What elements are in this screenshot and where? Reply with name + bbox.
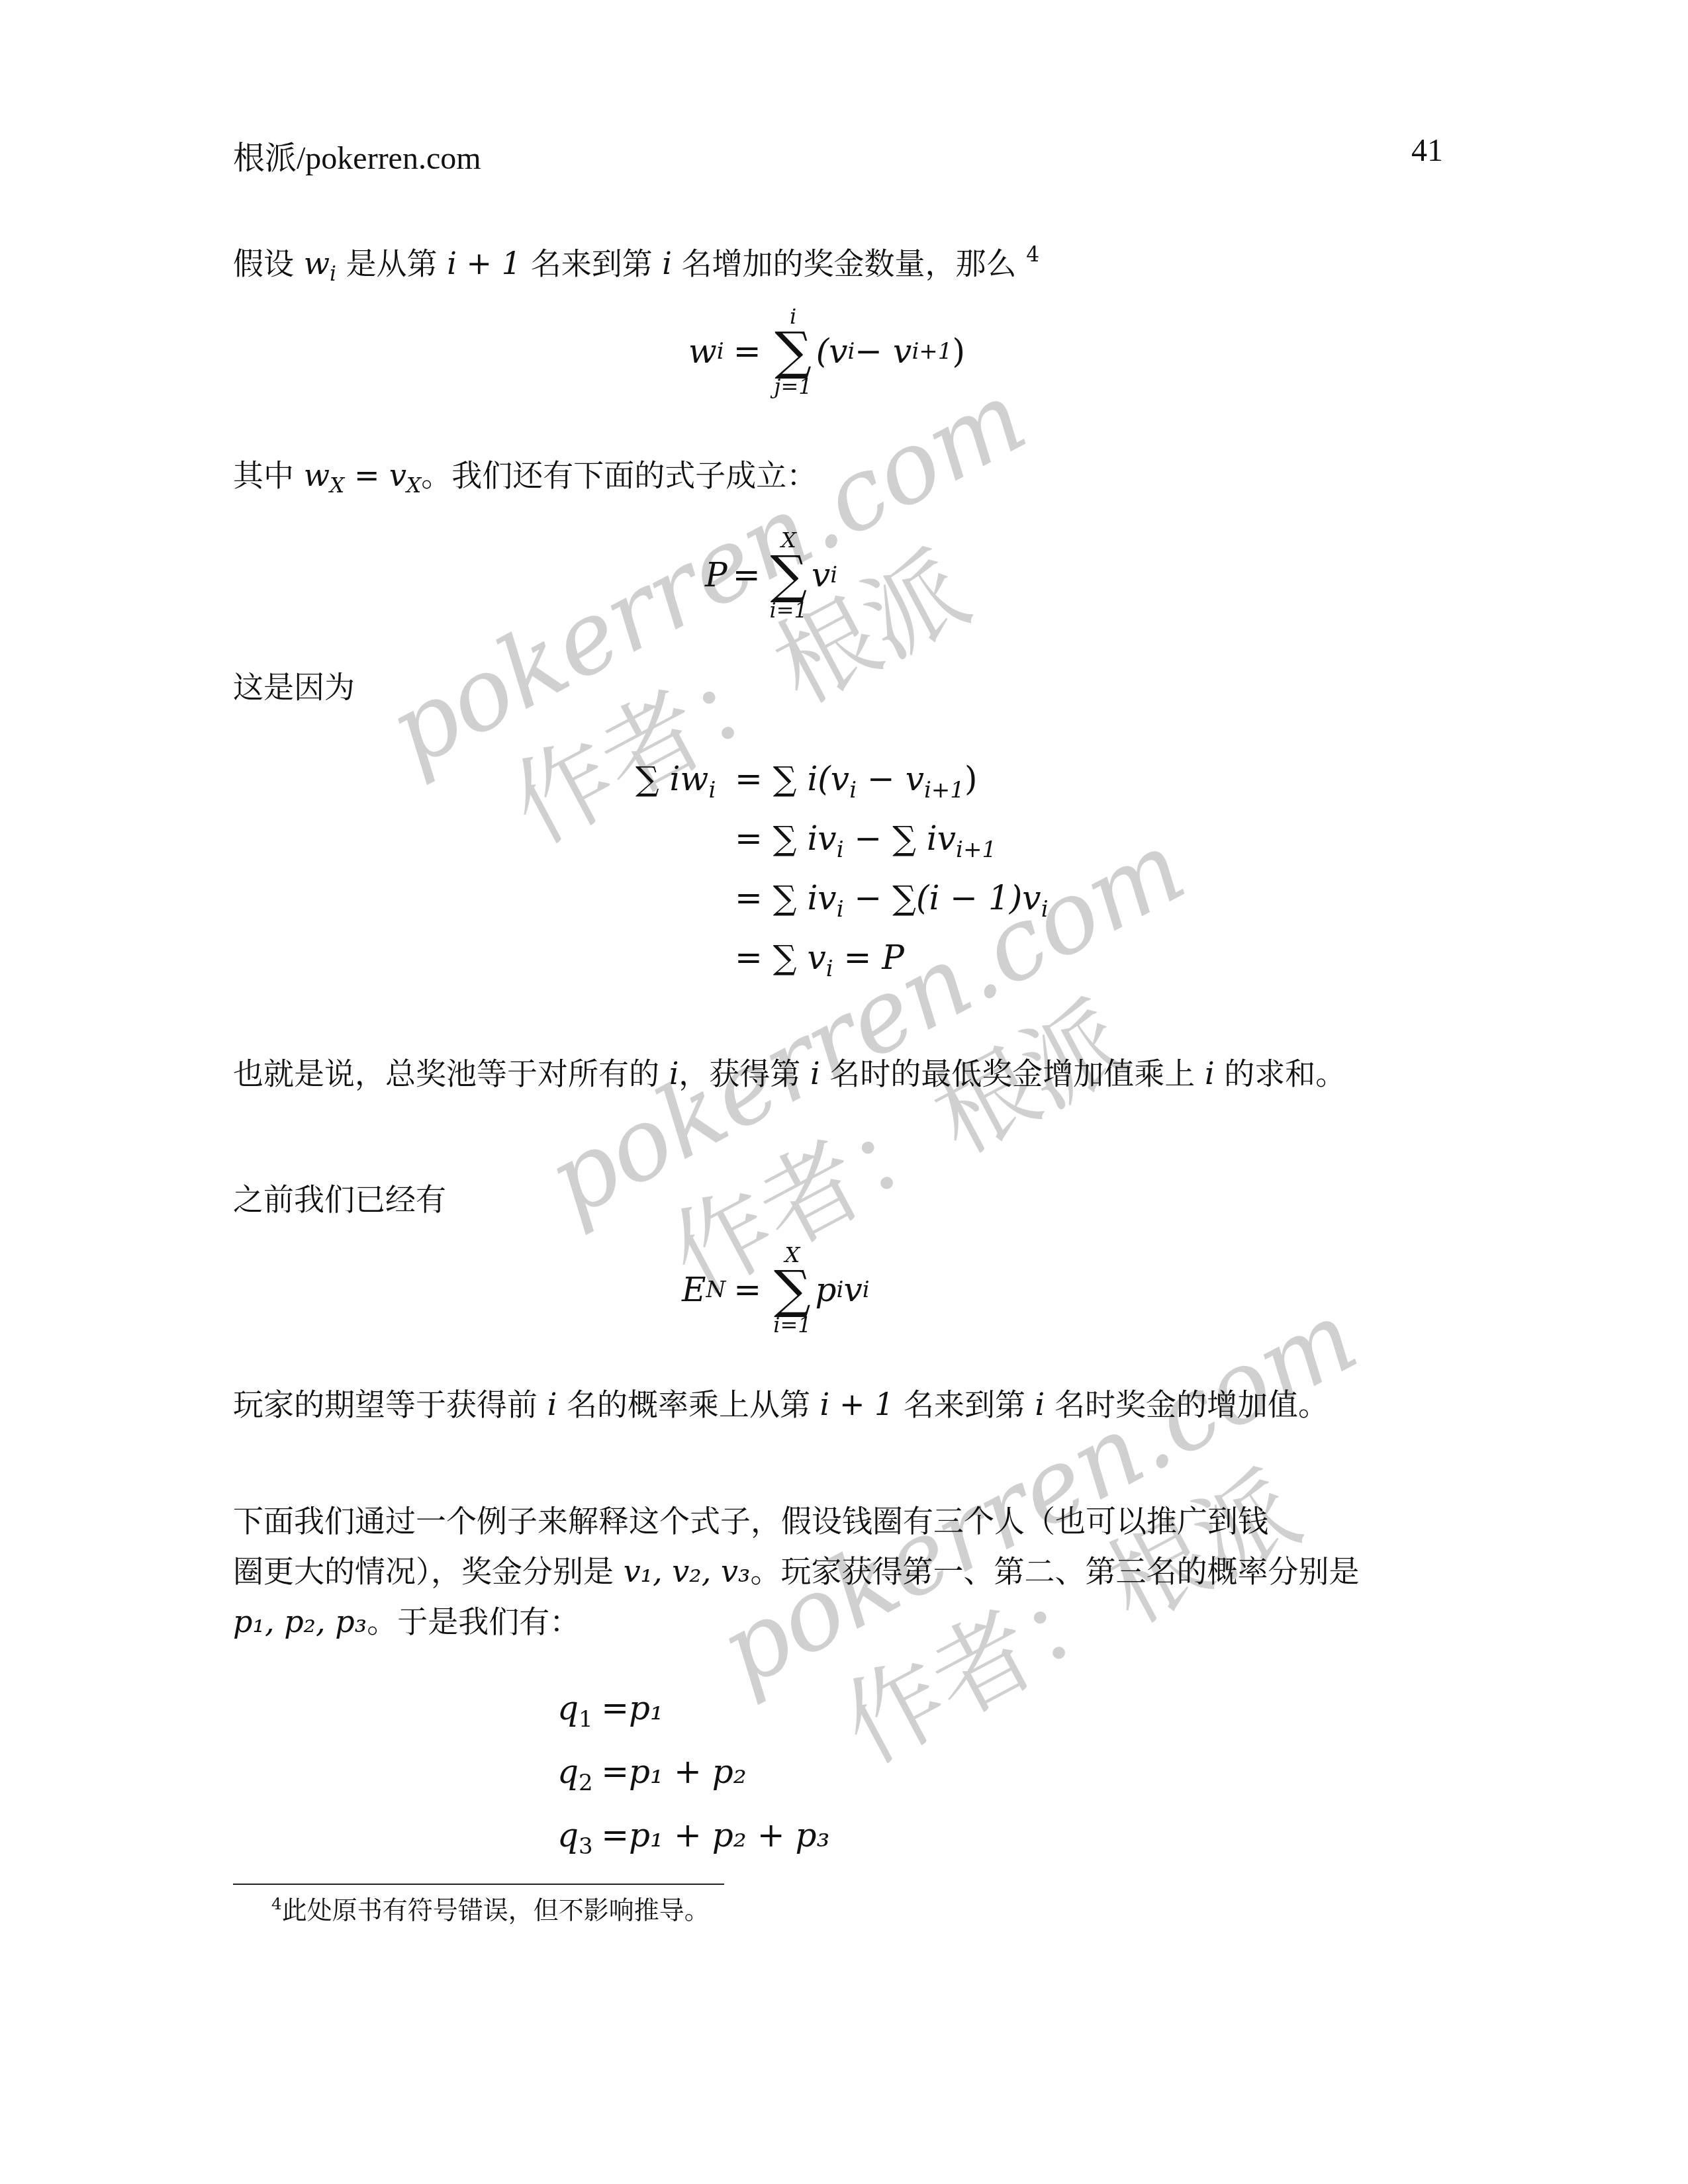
equation-row: q1 =p₁ [557,1689,663,1727]
equation-row: = ∑ ivi − ∑ ivi+1 [735,819,996,858]
summation: i ∑ j=1 [774,306,812,397]
paragraph-5: 之前我们已经有 [233,1175,446,1219]
paragraph-4: 也就是说，总奖池等于对所有的 i，获得第 i 名时的最低奖金增加值乘上 i 的求… [233,1050,1346,1093]
paragraph-1: 假设 wi 是从第 i + 1 名来到第 i 名增加的奖金数量，那么 4 [233,240,1039,283]
watermark-url: pokerren.com [702,1279,1375,1710]
equation-row: ∑ iwi [635,760,716,798]
sigma-icon: ∑ [774,327,812,376]
footnote-ref[interactable]: 4 [1026,243,1039,267]
paragraph-6: 玩家的期望等于获得前 i 名的概率乘上从第 i + 1 名来到第 i 名时奖金的… [233,1381,1329,1424]
watermark-author: 作者：根派 [483,449,1104,870]
equation-row: = ∑ ivi − ∑(i − 1)vi [735,879,1049,917]
page-number: 41 [1411,132,1443,169]
equation-row: = ∑ i(vi − vi+1) [735,760,977,798]
equation-wi-sum: wi = i ∑ j=1 (vi − vi+1) [688,306,965,397]
equation-row: q3 =p₁ + p₂ + p₃ [557,1816,830,1854]
summation: X ∑ i=1 [773,1244,811,1336]
watermark-url: pokerren.com [530,809,1203,1240]
sigma-icon: ∑ [774,1265,811,1314]
footnote-text: 此处原书有符号错误，但不影响推导。 [282,1895,710,1925]
footnote: 4此处原书有符号错误，但不影响推导。 [271,1889,710,1926]
running-title: 根派/pokerren.com [233,132,481,178]
paragraph-2: 其中 wX = vX。我们还有下面的式子成立： [233,451,817,495]
document-page: pokerren.com 作者：根派 pokerren.com 作者：根派 po… [0,0,1688,2184]
equation-pool-sum: P = X ∑ i=1 vi [705,529,837,621]
sigma-icon: ∑ [770,551,807,600]
paragraph-3: 这是因为 [233,663,355,707]
footnote-divider [233,1884,724,1885]
equation-expectation: EN = X ∑ i=1 pivi [682,1244,870,1336]
summation: X ∑ i=1 [770,529,808,621]
equation-row: = ∑ vi = P [735,938,904,977]
equation-row: q2 =p₁ + p₂ [557,1752,747,1791]
footnote-marker: 4 [271,1894,282,1913]
